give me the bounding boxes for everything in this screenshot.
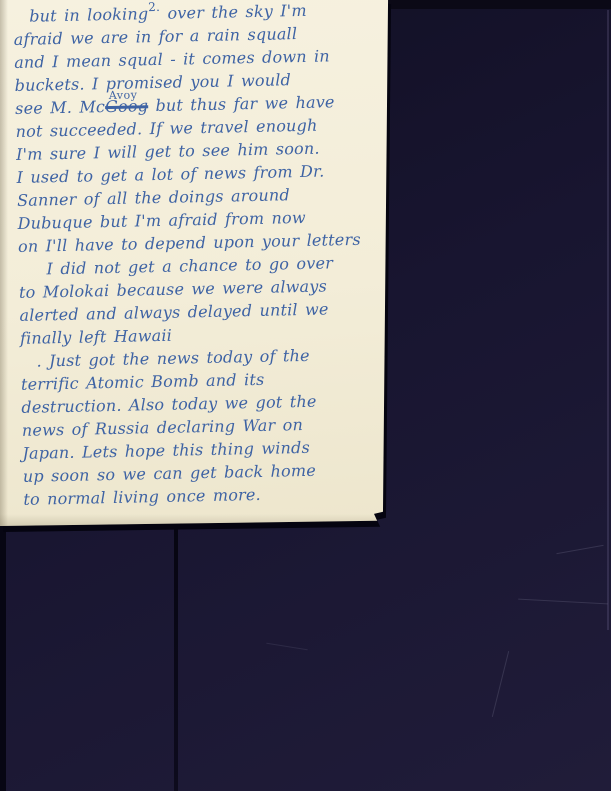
line-segment: but in looking	[29, 4, 148, 25]
scanned-letter-photo: but in looking2. over the sky I'mafraid …	[0, 0, 611, 791]
album-right-edge-highlight	[607, 10, 609, 630]
album-seam-line	[174, 518, 178, 791]
letter-paper: but in looking2. over the sky I'mafraid …	[0, 0, 390, 526]
line-segment: over the sky I'm	[160, 1, 307, 23]
line-segment: see M. Mc	[15, 97, 105, 118]
scratch-mark	[556, 545, 603, 554]
inserted-word: Avoy	[109, 83, 138, 107]
scratch-mark	[492, 651, 509, 717]
correction: AvoyGoog	[105, 94, 149, 118]
superscript-mark: 2.	[148, 0, 160, 19]
line-segment: but thus far we have	[148, 92, 335, 115]
album-left-edge	[0, 522, 6, 791]
scratch-mark	[518, 599, 608, 605]
letter-text: but in looking2. over the sky I'mafraid …	[13, 0, 395, 511]
scratch-mark	[266, 643, 308, 651]
